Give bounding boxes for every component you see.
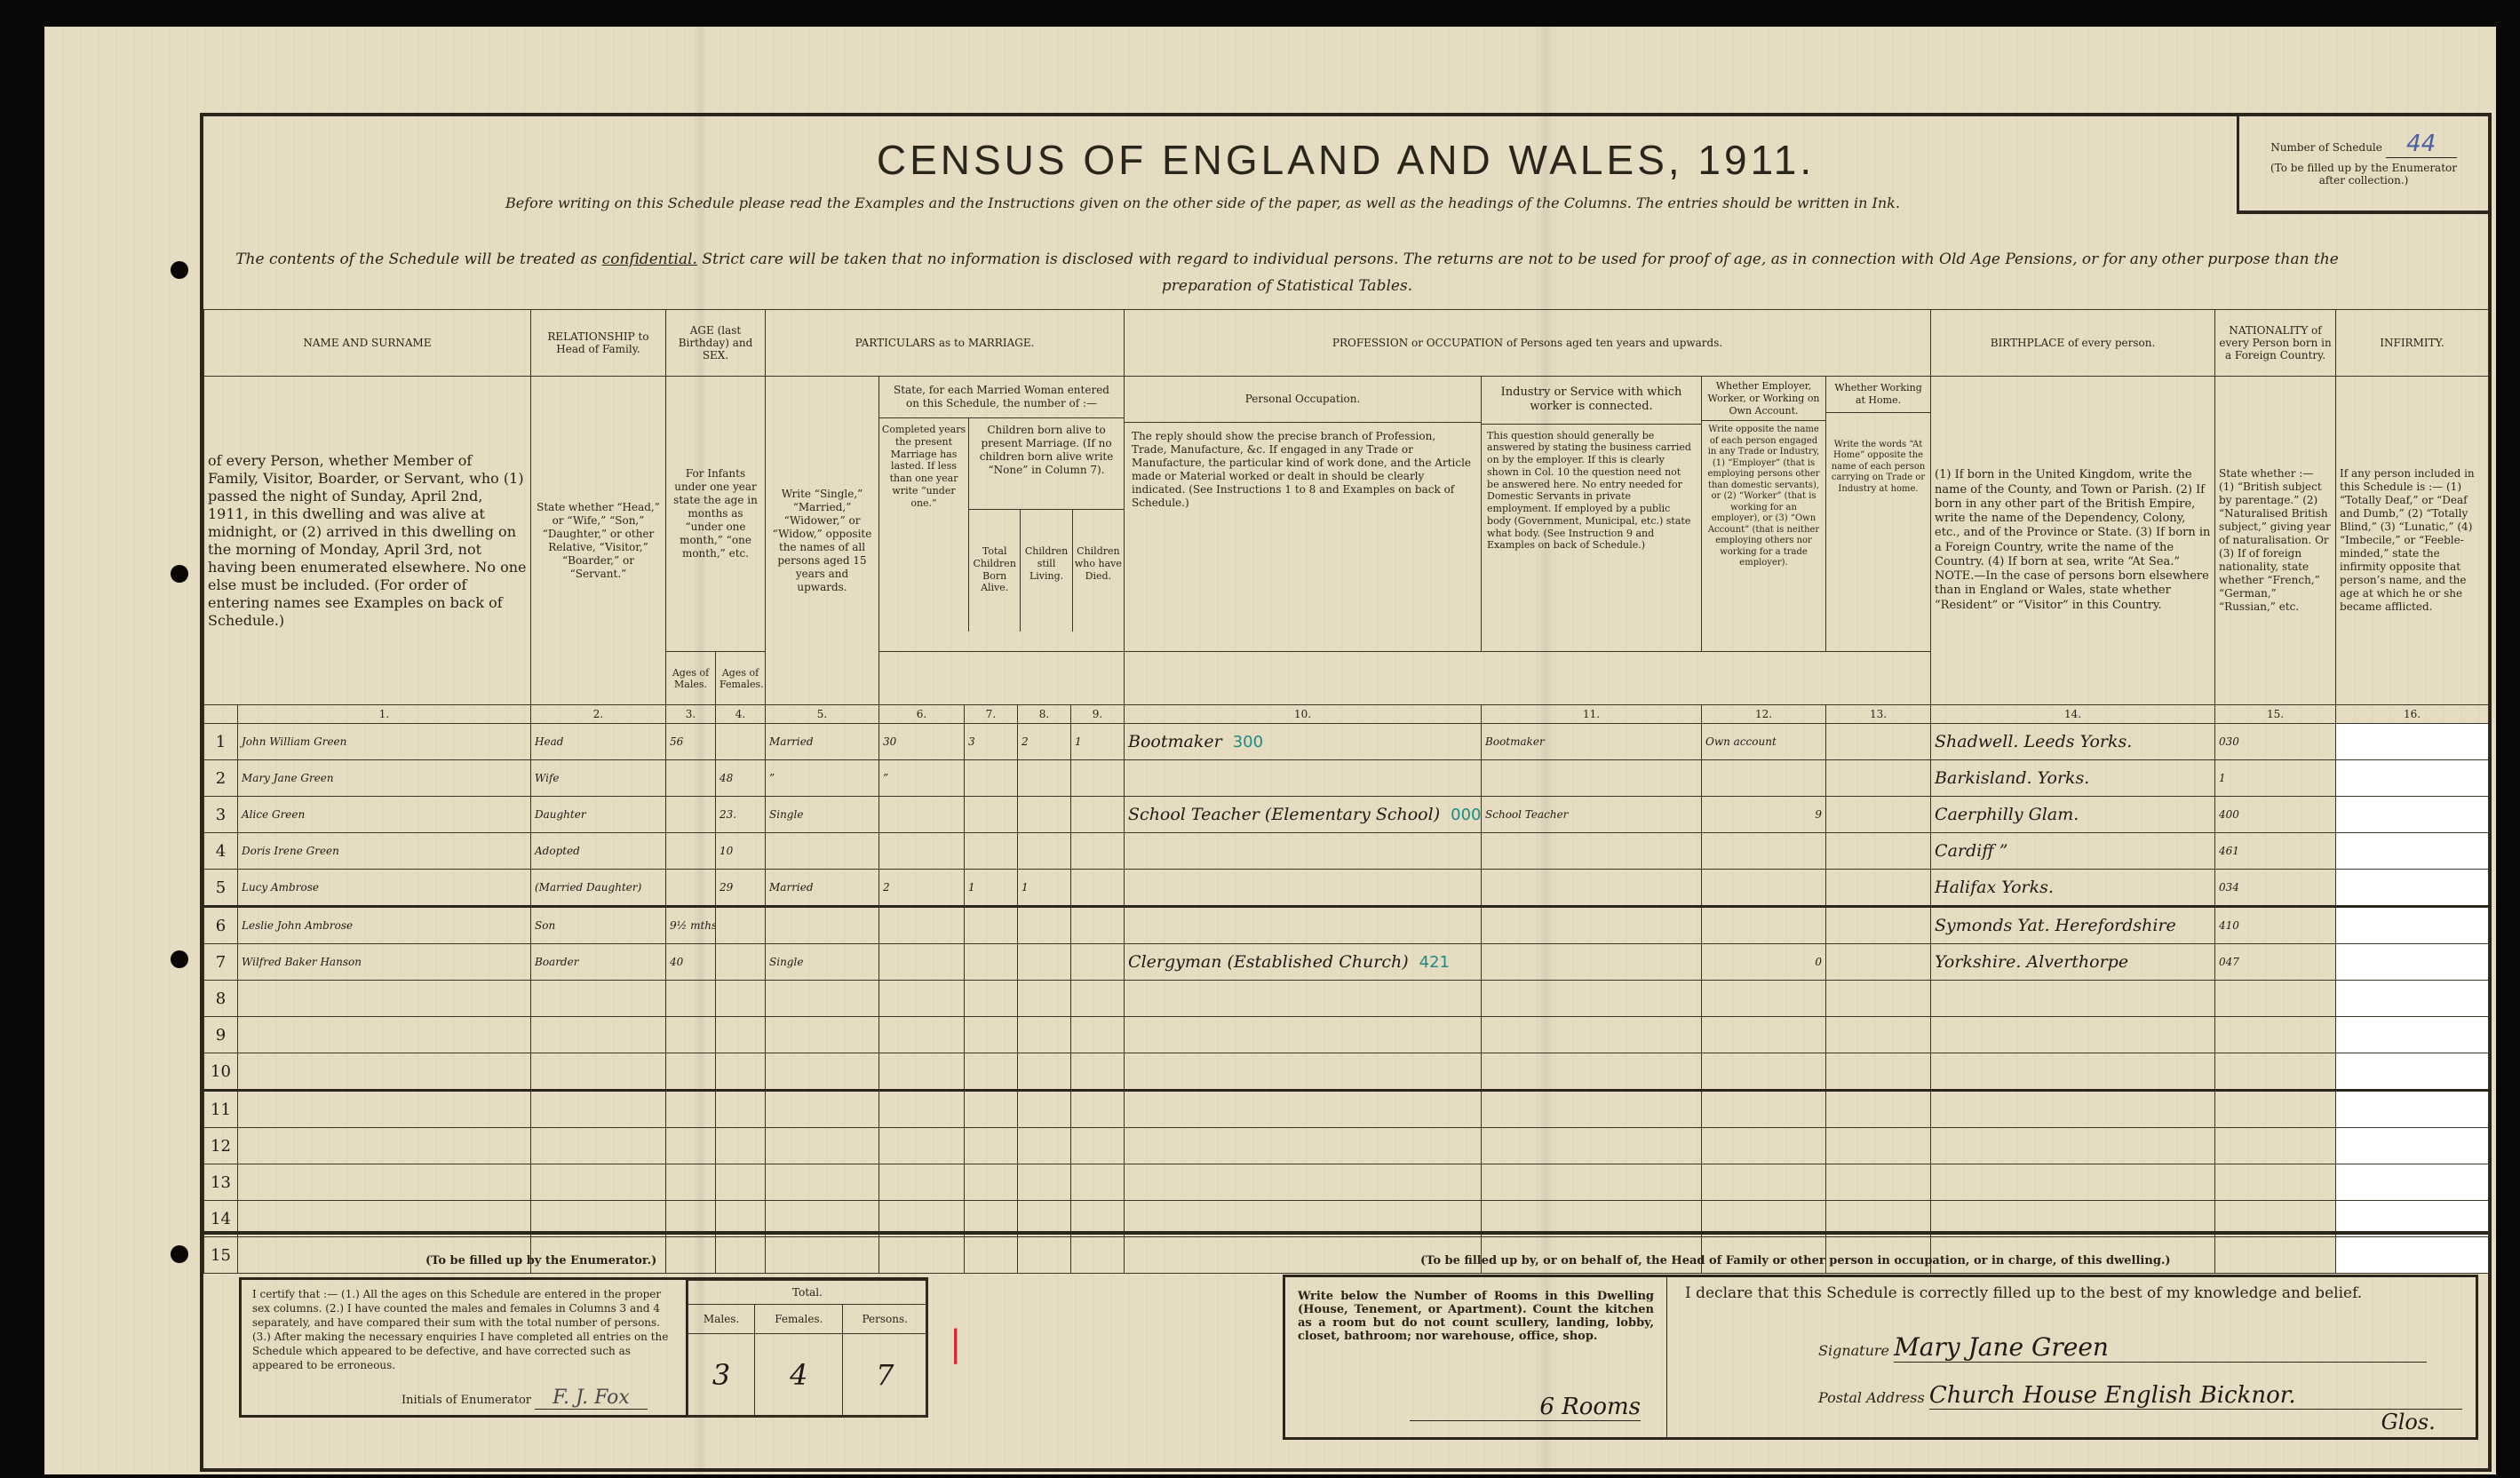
column-number: 16. [2336,705,2489,724]
relationship[interactable] [531,1017,666,1053]
industry[interactable] [1482,1164,1702,1201]
children-living[interactable]: 1 [1018,870,1071,907]
marriage-years[interactable] [879,1164,965,1201]
children-born[interactable] [965,907,1018,944]
page-title: CENSUS OF ENGLAND AND WALES, 1911. [203,136,2488,184]
person-name[interactable]: Leslie John Ambrose [238,907,531,944]
header-age: AGE (last Birthday) and SEX. [666,310,766,377]
age-female[interactable] [716,1091,766,1128]
age-male[interactable] [666,760,716,797]
infirmity[interactable] [2336,907,2489,944]
children-died[interactable] [1071,760,1125,797]
employer-label: Whether Employer, Worker, or Working on … [1702,377,1825,421]
personal-occupation[interactable] [1125,870,1482,907]
at-home-block: Whether Working at Home. Write the words… [1826,377,1931,652]
personal-occupation[interactable] [1125,907,1482,944]
marriage-years[interactable] [879,1091,965,1128]
age-male[interactable] [666,1164,716,1201]
relationship[interactable]: Daughter [531,797,666,833]
children-born[interactable] [965,797,1018,833]
employer-status[interactable]: Own account [1702,724,1826,760]
age-males-label: Ages of Males. [666,652,716,705]
person-name[interactable]: Alice Green [238,797,531,833]
relationship[interactable] [531,1053,666,1091]
spacer [1125,652,1931,705]
working-at-home[interactable] [1826,1128,1931,1164]
person-name[interactable]: Doris Irene Green [238,833,531,870]
infirmity[interactable] [2336,944,2489,981]
column-number: 12. [1702,705,1826,724]
personal-occupation[interactable] [1125,1128,1482,1164]
marriage-state-label: State, for each Married Woman entered on… [879,377,1124,418]
occupation-text: School Teacher (Elementary School) [1128,805,1440,824]
schedule-number-box: Number of Schedule 44 (To be filled up b… [2237,113,2488,214]
birthplace[interactable] [1931,1017,2215,1053]
occupation-text: Clergyman (Established Church) [1128,952,1409,972]
birthplace[interactable] [1931,1091,2215,1128]
marriage-years[interactable] [879,1128,965,1164]
table-row: 6Leslie John AmbroseSon9½ mths.Symonds Y… [204,907,2489,944]
personal-occupation[interactable]: Clergyman (Established Church)421 [1125,944,1482,981]
column-number: 8. [1018,705,1071,724]
column-number [204,705,238,724]
infirmity[interactable] [2336,870,2489,907]
birthplace[interactable]: Shadwell. Leeds Yorks. [1931,724,2215,760]
birthplace[interactable]: Yorkshire. Alverthorpe [1931,944,2215,981]
person-name[interactable] [238,981,531,1017]
children-born[interactable] [965,944,1018,981]
totals-box: Total. Males.Females.Persons. 347 [686,1280,927,1415]
children-living[interactable] [1018,1091,1071,1128]
column-number: 6. [879,705,965,724]
initials-label: Initials of Enumerator [401,1394,531,1407]
occupation-text: Bootmaker [1128,732,1222,751]
birthplace[interactable] [1931,981,2215,1017]
children-living[interactable] [1018,1164,1071,1201]
industry[interactable] [1482,1053,1702,1091]
age-male[interactable] [666,870,716,907]
children-living[interactable] [1018,944,1071,981]
header-infirmity: INFIRMITY. [2336,310,2489,377]
age-female[interactable] [716,981,766,1017]
column-number: 13. [1826,705,1931,724]
working-at-home[interactable] [1826,1017,1931,1053]
marriage-years[interactable] [879,944,965,981]
total-females[interactable]: 4 [755,1334,843,1417]
infirmity[interactable] [2336,760,2489,797]
children-born[interactable] [965,760,1018,797]
infirmity[interactable] [2336,1091,2489,1128]
table-row: 2Mary Jane GreenWife48””Barkisland. York… [204,760,2489,797]
marital-status[interactable] [766,907,879,944]
children-living[interactable] [1018,1053,1071,1091]
working-at-home[interactable] [1826,797,1931,833]
personal-occupation[interactable] [1125,1164,1482,1201]
employer-status[interactable] [1702,870,1826,907]
personal-occupation[interactable]: School Teacher (Elementary School)000 / … [1125,797,1482,833]
employer-status[interactable] [1702,981,1826,1017]
children-died[interactable]: 1 [1071,724,1125,760]
head-of-family-heading: (To be filled up by, or on behalf of, th… [1420,1254,2171,1267]
marital-status[interactable] [766,1053,879,1091]
age-male[interactable] [666,1091,716,1128]
children-living[interactable] [1018,760,1071,797]
nationality-code[interactable]: 030 [2215,724,2336,760]
punch-hole [171,261,188,279]
signature-value[interactable]: Mary Jane Green [1894,1332,2427,1363]
employer-status[interactable] [1702,833,1826,870]
personal-occupation[interactable]: Bootmaker300 [1125,724,1482,760]
confidential-post: Strict care will be taken that no inform… [697,250,2339,295]
males-label: Males. [688,1305,755,1334]
industry-instructions: This question should generally be answer… [1482,425,1701,558]
employer-status[interactable] [1702,1164,1826,1201]
address-row: Postal Address Church House English Bick… [1818,1382,2462,1434]
header-occupation: PROFESSION or OCCUPATION of Persons aged… [1125,310,1931,377]
birthplace[interactable] [1931,1164,2215,1201]
age-male[interactable] [666,797,716,833]
infirmity[interactable] [2336,797,2489,833]
children-died[interactable] [1071,1164,1125,1201]
marriage-years[interactable] [879,833,965,870]
person-name[interactable]: John William Green [238,724,531,760]
marriage-years[interactable] [879,907,965,944]
age-female[interactable]: 23. [716,797,766,833]
age-male[interactable]: 9½ mths. [666,907,716,944]
industry[interactable] [1482,981,1702,1017]
children-died[interactable] [1071,1128,1125,1164]
person-name[interactable] [238,1091,531,1128]
industry[interactable] [1482,944,1702,981]
children-died[interactable] [1071,1053,1125,1091]
birthplace[interactable]: Barkisland. Yorks. [1931,760,2215,797]
person-name[interactable] [238,1053,531,1091]
relationship[interactable] [531,1128,666,1164]
infirmity[interactable] [2336,1053,2489,1091]
personal-occupation-instructions: The reply should show the precise branch… [1125,423,1481,517]
children-born-label: Children born alive to present Marriage.… [969,418,1124,510]
person-rows: 1John William GreenHead56Married30321Boo… [204,724,2489,1274]
infirmity[interactable] [2336,981,2489,1017]
employer-status[interactable] [1702,1053,1826,1091]
children-born[interactable] [965,981,1018,1017]
marriage-years[interactable] [879,1017,965,1053]
industry[interactable] [1482,870,1702,907]
age-male[interactable]: 56 [666,724,716,760]
marriage-years[interactable]: 30 [879,724,965,760]
signature-row: Signature Mary Jane Green [1818,1332,2427,1363]
relationship[interactable] [531,1091,666,1128]
age-female[interactable]: 29 [716,870,766,907]
employer-block: Whether Employer, Worker, or Working on … [1702,377,1826,652]
table-row: 1John William GreenHead56Married30321Boo… [204,724,2489,760]
schedule-number[interactable]: 44 [2386,131,2457,158]
children-born[interactable] [965,833,1018,870]
working-at-home[interactable] [1826,944,1931,981]
marriage-years[interactable]: ” [879,760,965,797]
marital-status[interactable]: Single [766,797,879,833]
employer-status[interactable] [1702,907,1826,944]
marital-status[interactable]: ” [766,760,879,797]
children-died[interactable] [1071,907,1125,944]
employer-status[interactable] [1702,760,1826,797]
person-name[interactable]: Wilfred Baker Hanson [238,944,531,981]
birthplace[interactable]: Cardiff ” [1931,833,2215,870]
nationality-instructions: State whether :— (1) “British subject by… [2215,377,2336,705]
column-numbers-row: 1. 2. 3. 4. 5. 6. 7. 8. 9. 10. 11. 12. 1… [204,705,2489,724]
row-number: 1 [204,724,238,760]
children-born[interactable]: 1 [965,870,1018,907]
nationality-code[interactable] [2215,981,2336,1017]
birthplace[interactable]: Caerphilly Glam. [1931,797,2215,833]
employer-status[interactable] [1702,1128,1826,1164]
birthplace[interactable] [1931,1128,2215,1164]
footer-section: (To be filled up by the Enumerator.) I c… [203,1231,2488,1474]
relationship[interactable] [531,981,666,1017]
row-number: 4 [204,833,238,870]
children-born[interactable]: 3 [965,724,1018,760]
employer-status[interactable] [1702,1017,1826,1053]
nationality-code[interactable]: 410 [2215,907,2336,944]
personal-occupation[interactable] [1125,981,1482,1017]
marital-status[interactable] [766,1164,879,1201]
children-died[interactable] [1071,833,1125,870]
marital-status[interactable] [766,1091,879,1128]
nationality-code[interactable] [2215,1164,2336,1201]
age-female[interactable] [716,1164,766,1201]
row-number: 3 [204,797,238,833]
age-male[interactable] [666,1053,716,1091]
age-male[interactable] [666,1017,716,1053]
personal-occupation-label: Personal Occupation. [1125,377,1481,423]
person-name[interactable]: Mary Jane Green [238,760,531,797]
working-at-home[interactable] [1826,760,1931,797]
working-at-home[interactable] [1826,870,1931,907]
children-born[interactable] [965,1053,1018,1091]
working-at-home[interactable] [1826,724,1931,760]
relationship[interactable]: Adopted [531,833,666,870]
nationality-code[interactable]: 1 [2215,760,2336,797]
personal-occupation[interactable] [1125,1091,1482,1128]
industry[interactable]: Bootmaker [1482,724,1702,760]
enumerator-certify-text: I certify that :— (1.) All the ages on t… [252,1287,679,1372]
confidentiality-note: The contents of the Schedule will be tre… [230,246,2344,299]
marriage-years[interactable] [879,797,965,833]
header-birthplace: BIRTHPLACE of every person. [1931,310,2215,377]
employer-status[interactable] [1702,1091,1826,1128]
column-number: 14. [1931,705,2215,724]
occupation-code: 300 [1233,733,1263,751]
age-female[interactable] [716,907,766,944]
marriage-years-label: Completed years the present Marriage has… [879,418,969,632]
marriage-years[interactable] [879,981,965,1017]
header-marriage: PARTICULARS as to MARRIAGE. [766,310,1125,377]
punch-hole [171,1245,188,1263]
age-male[interactable] [666,981,716,1017]
children-died[interactable] [1071,1017,1125,1053]
row-number: 8 [204,981,238,1017]
marital-status[interactable] [766,1128,879,1164]
marital-status[interactable]: Married [766,724,879,760]
working-at-home[interactable] [1826,1091,1931,1128]
declaration-text: I declare that this Schedule is correctl… [1685,1284,2362,1302]
enumerator-certificate: I certify that :— (1.) All the ages on t… [239,1277,928,1418]
females-label: Females. [755,1305,843,1334]
personal-occupation[interactable] [1125,1053,1482,1091]
age-female[interactable] [716,1017,766,1053]
age-female[interactable]: 10 [716,833,766,870]
marriage-years[interactable]: 2 [879,870,965,907]
children-living[interactable] [1018,907,1071,944]
row-number: 2 [204,760,238,797]
working-at-home[interactable] [1826,1053,1931,1091]
column-number: 9. [1071,705,1125,724]
nationality-code[interactable] [2215,1053,2336,1091]
person-name[interactable] [238,1128,531,1164]
infirmity-instructions: If any person included in this Schedule … [2336,377,2489,705]
children-living[interactable] [1018,1017,1071,1053]
nationality-code[interactable]: 047 [2215,944,2336,981]
children-died[interactable] [1071,870,1125,907]
punch-hole [171,950,188,968]
nationality-code[interactable] [2215,1128,2336,1164]
total-persons[interactable]: 7 [843,1334,927,1417]
nationality-code[interactable]: 461 [2215,833,2336,870]
header-relationship: RELATIONSHIP to Head of Family. [531,310,666,377]
address-line-2[interactable]: Glos. [1818,1410,2436,1434]
form-frame: CENSUS OF ENGLAND AND WALES, 1911. Befor… [200,113,2492,1472]
age-female[interactable] [716,944,766,981]
infirmity[interactable] [2336,833,2489,870]
table-row: 9 [204,1017,2489,1053]
working-at-home[interactable] [1826,907,1931,944]
age-female[interactable] [716,1128,766,1164]
nationality-code[interactable] [2215,1091,2336,1128]
industry[interactable]: School Teacher [1482,797,1702,833]
personal-occupation[interactable] [1125,1017,1482,1053]
table-row: 5Lucy Ambrose(Married Daughter)29Married… [204,870,2489,907]
personal-occupation[interactable] [1125,833,1482,870]
total-males[interactable]: 3 [688,1334,755,1417]
table-row: 3Alice GreenDaughter23.SingleSchool Teac… [204,797,2489,833]
table-row: 10 [204,1053,2489,1091]
spacer [879,652,1125,705]
nationality-code[interactable]: 034 [2215,870,2336,907]
children-born[interactable] [965,1017,1018,1053]
industry[interactable] [1482,907,1702,944]
infirmity[interactable] [2336,1164,2489,1201]
children-total-label: Total Children Born Alive. [969,510,1021,632]
children-living[interactable] [1018,833,1071,870]
children-died[interactable] [1071,797,1125,833]
industry[interactable] [1482,833,1702,870]
table-row: 4Doris Irene GreenAdopted10Cardiff ”461 [204,833,2489,870]
person-name[interactable] [238,1164,531,1201]
relationship[interactable]: Wife [531,760,666,797]
nationality-code[interactable]: 400 [2215,797,2336,833]
relationship[interactable]: Son [531,907,666,944]
marital-status[interactable]: Married [766,870,879,907]
infirmity[interactable] [2336,1128,2489,1164]
children-died[interactable] [1071,981,1125,1017]
relationship[interactable] [531,1164,666,1201]
employer-status[interactable]: 9 [1702,797,1826,833]
birthplace[interactable]: Halifax Yorks. [1931,870,2215,907]
children-born[interactable] [965,1128,1018,1164]
table-row: 8 [204,981,2489,1017]
total-label: Total. [688,1281,927,1305]
enumerator-initials[interactable]: F. J. Fox [535,1387,648,1410]
marital-status[interactable] [766,833,879,870]
children-living[interactable] [1018,981,1071,1017]
industry[interactable] [1482,1128,1702,1164]
marital-status[interactable]: Single [766,944,879,981]
children-living[interactable] [1018,797,1071,833]
person-name[interactable] [238,1017,531,1053]
row-number: 10 [204,1053,238,1091]
children-died[interactable] [1071,944,1125,981]
birthplace[interactable]: Symonds Yat. Herefordshire [1931,907,2215,944]
children-living[interactable]: 2 [1018,724,1071,760]
age-male[interactable]: 40 [666,944,716,981]
signature-label: Signature [1818,1342,1889,1359]
children-living[interactable] [1018,1128,1071,1164]
personal-occupation[interactable] [1125,760,1482,797]
relationship[interactable]: Head [531,724,666,760]
enumerator-heading: (To be filled up by the Enumerator.) [425,1254,656,1267]
table-row: 13 [204,1164,2489,1201]
marital-status[interactable] [766,981,879,1017]
address-line-1[interactable]: Church House English Bicknor. [1929,1382,2462,1410]
row-number: 13 [204,1164,238,1201]
employer-status[interactable]: 0 [1702,944,1826,981]
birthplace[interactable] [1931,1053,2215,1091]
relationship[interactable]: (Married Daughter) [531,870,666,907]
column-number: 11. [1482,705,1702,724]
children-born[interactable] [965,1091,1018,1128]
infirmity[interactable] [2336,1017,2489,1053]
marriage-years[interactable] [879,1053,965,1091]
table-row: 7Wilfred Baker HansonBoarder40SingleCler… [204,944,2489,981]
children-born[interactable] [965,1164,1018,1201]
person-name[interactable]: Lucy Ambrose [238,870,531,907]
census-schedule-sheet: CENSUS OF ENGLAND AND WALES, 1911. Befor… [44,27,2496,1474]
age-females-label: Ages of Females. [716,652,766,705]
marriage-write-instructions: Write “Single,” “Married,” “Widower,” or… [766,377,879,705]
name-instructions: of every Person, whether Member of Famil… [204,377,531,705]
age-female[interactable] [716,1053,766,1091]
industry[interactable] [1482,760,1702,797]
age-male[interactable] [666,833,716,870]
working-at-home[interactable] [1826,981,1931,1017]
age-instructions: For Infants under one year state the age… [666,377,766,652]
age-male[interactable] [666,1128,716,1164]
age-female[interactable] [716,724,766,760]
working-at-home[interactable] [1826,833,1931,870]
industry[interactable] [1482,1017,1702,1053]
nationality-code[interactable] [2215,1017,2336,1053]
enumerator-initials-row: Initials of Enumerator F. J. Fox [401,1387,648,1409]
relationship[interactable]: Boarder [531,944,666,981]
children-died[interactable] [1071,1091,1125,1128]
marital-status[interactable] [766,1017,879,1053]
industry[interactable] [1482,1091,1702,1128]
infirmity[interactable] [2336,724,2489,760]
working-at-home[interactable] [1826,1164,1931,1201]
age-female[interactable]: 48 [716,760,766,797]
married-woman-block: State, for each Married Woman entered on… [879,377,1125,652]
rooms-count[interactable]: 6 Rooms [1410,1394,1641,1421]
